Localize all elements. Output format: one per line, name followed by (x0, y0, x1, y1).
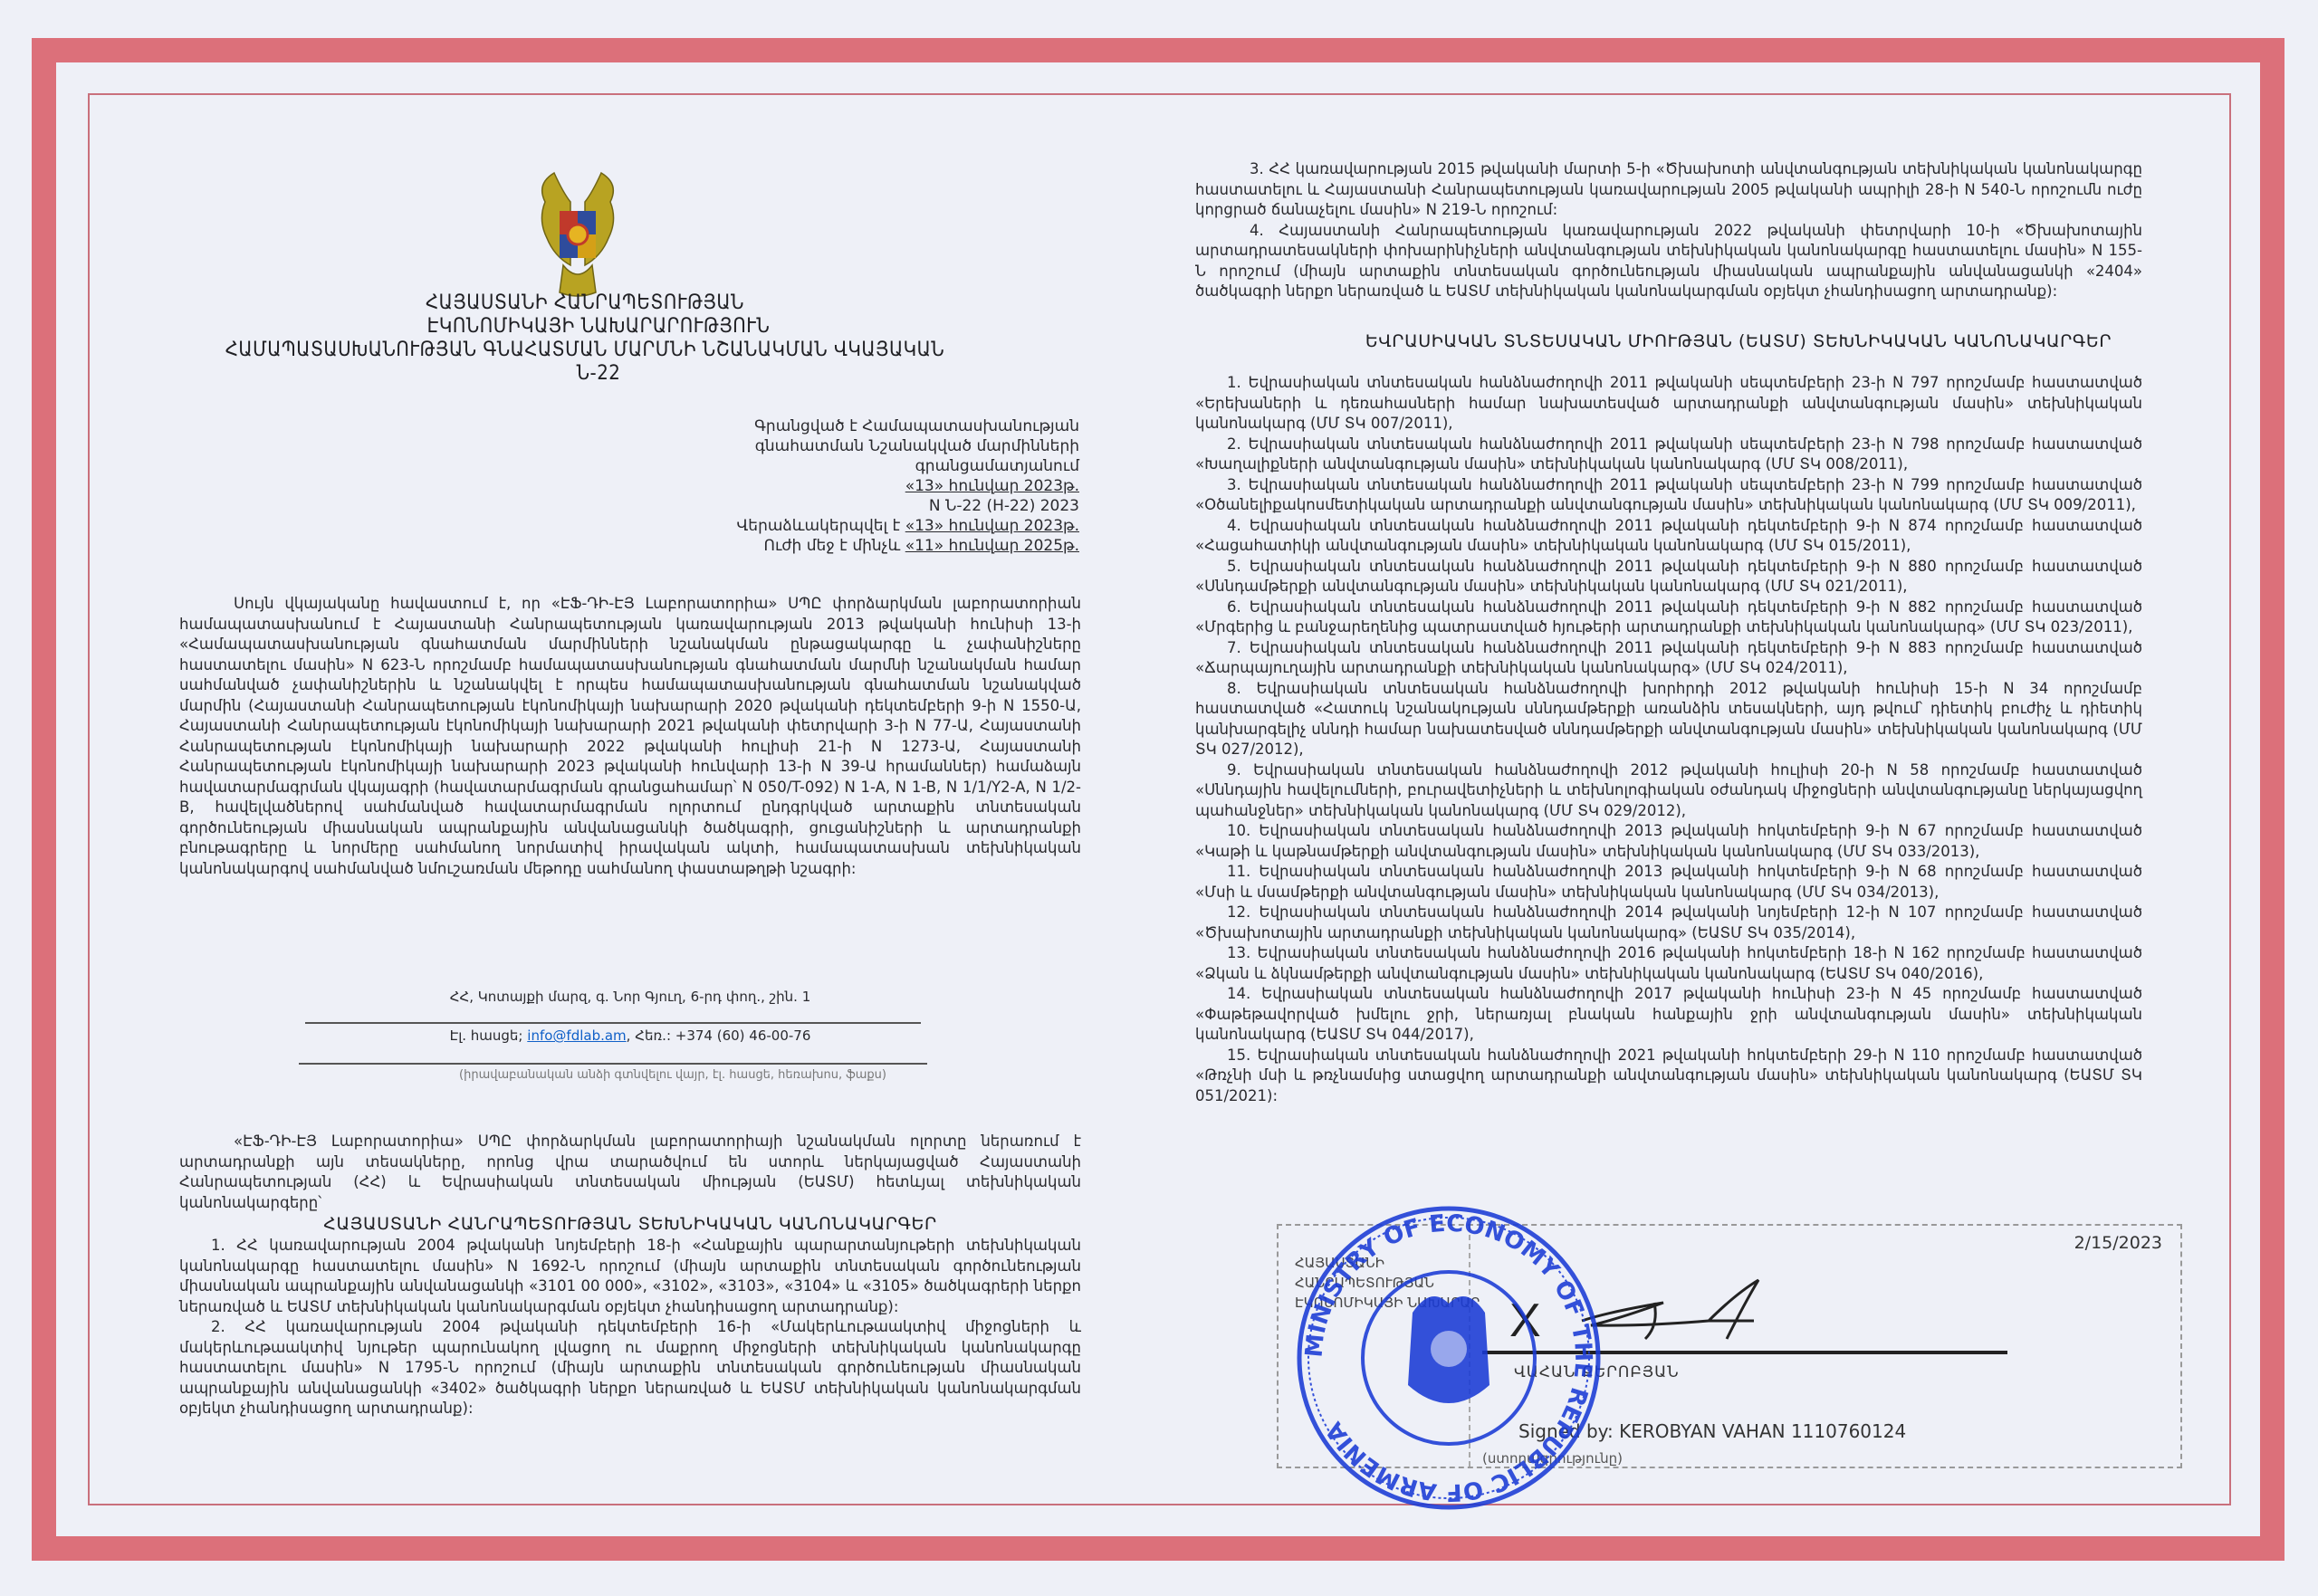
list-item: 1. ՀՀ կառավարության 2004 թվականի նոյեմբե… (179, 1236, 1081, 1317)
list-item: 9. Եվրասիական տնտեսական հանձնաժողովի 201… (1195, 760, 2142, 822)
list-item: 8. Եվրասիական տնտեսական հանձնաժողովի խոր… (1195, 679, 2142, 760)
lab-address: ՀՀ, Կոտայքի մարզ, գ. Նոր Գյուղ, 6-րդ փող… (179, 989, 1081, 1005)
registration-line: գրանցամատյանում (634, 456, 1079, 476)
list-item: 3. ՀՀ կառավարության 2015 թվականի մարտի 5… (1195, 159, 2142, 221)
header-certificate-number: Ն-22 (179, 362, 991, 386)
list-item: 11. Եվրասիական տնտեսական հանձնաժողովի 20… (1195, 862, 2142, 903)
list-item: 14. Եվրասիական տնտեսական հանձնաժողովի 20… (1195, 984, 2142, 1046)
reissued-label: Վերաձևակերպվել է (737, 517, 901, 535)
contact-caption: (իրավաբանական անձի գտնվելու վայր, էլ. հա… (179, 1068, 1085, 1082)
certificate-header: ՀԱՅԱՍՏԱՆԻ ՀԱՆՐԱՊԵՏՈՒԹՅԱՆ ԷԿՈՆՈՄԻԿԱՅԻ ՆԱԽ… (179, 291, 991, 386)
registration-line: Գրանցված է Համապատասխանության (634, 416, 1079, 436)
ministry-seal-stamp-icon: MINISTRY OF ECONOMY OF THE REPUBLIC OF A… (1277, 1204, 1621, 1512)
header-country: ՀԱՅԱՍՏԱՆԻ ՀԱՆՐԱՊԵՏՈՒԹՅԱՆ (179, 291, 991, 315)
list-item: 4. Եվրասիական տնտեսական հանձնաժողովի 201… (1195, 516, 2142, 557)
list-item: 1. Եվրասիական տնտեսական հանձնաժողովի 201… (1195, 373, 2142, 435)
registration-date: «13» հունվար 2023թ. (905, 477, 1079, 495)
armenia-regulations-list-a: 1. ՀՀ կառավարության 2004 թվականի նոյեմբե… (179, 1236, 1081, 1419)
reissued-date: «13» հունվար 2023թ. (905, 517, 1079, 535)
certificate-statement: Սույն վկայականը հավաստում է, որ «ԷՖ-ԴԻ-Է… (179, 594, 1081, 879)
eaeu-regulations-list: 1. Եվրասիական տնտեսական հանձնաժողովի 201… (1195, 373, 2142, 1106)
list-item: 4. Հայաստանի Հանրապետության կառավարությա… (1195, 221, 2142, 302)
armenia-coat-of-arms-icon (527, 166, 628, 300)
header-ministry: ԷԿՈՆՈՄԻԿԱՅԻ ՆԱԽԱՐԱՐՈՒԹՅՈՒՆ (179, 315, 991, 339)
list-item: 6. Եվրասիական տնտեսական հանձնաժողովի 201… (1195, 597, 2142, 638)
list-item: 3. Եվրասիական տնտեսական հանձնաժողովի 201… (1195, 475, 2142, 516)
registration-line: գնահատման Նշանակված մարմինների (634, 436, 1079, 456)
divider (305, 1022, 921, 1024)
registration-number: N Ն-22 (H-22) 2023 (634, 496, 1079, 516)
list-item: 13. Եվրասիական տնտեսական հանձնաժողովի 20… (1195, 943, 2142, 984)
scope-statement: «ԷՖ-ԴԻ-ԷՅ Լաբորատորիա» ՍՊԸ փորձարկման լա… (179, 1132, 1081, 1213)
list-item: 2. ՀՀ կառավարության 2004 թվականի դեկտեմբ… (179, 1317, 1081, 1419)
signature-date: 2/15/2023 (2074, 1233, 2162, 1253)
list-item: 7. Եվրասիական տնտեսական հանձնաժողովի 201… (1195, 638, 2142, 679)
armenia-regulations-title: ՀԱՅԱՍՏԱՆԻ ՀԱՆՐԱՊԵՏՈՒԹՅԱՆ ՏԵԽՆԻԿԱԿԱՆ ԿԱՆՈ… (179, 1214, 1081, 1234)
armenia-regulations-list-b: 3. ՀՀ կառավարության 2015 թվականի մարտի 5… (1195, 159, 2142, 302)
email-label: Էլ. հասցե; (450, 1027, 523, 1044)
lab-contact: Էլ. հասցե; info@fdlab.am, Հեռ.: +374 (60… (179, 1027, 1081, 1044)
list-item: 10. Եվրասիական տնտեսական հանձնաժողովի 20… (1195, 821, 2142, 862)
phone: , Հեռ.: +374 (60) 46-00-76 (627, 1027, 811, 1044)
divider (299, 1063, 927, 1065)
registration-block: Գրանցված է Համապատասխանության գնահատման … (634, 416, 1079, 556)
list-item: 15. Եվրասիական տնտեսական հանձնաժողովի 20… (1195, 1046, 2142, 1107)
list-item: 2. Եվրասիական տնտեսական հանձնաժողովի 201… (1195, 435, 2142, 475)
list-item: 12. Եվրասիական տնտեսական հանձնաժողովի 20… (1195, 903, 2142, 943)
list-item: 5. Եվրասիական տնտեսական հանձնաժողովի 201… (1195, 557, 2142, 597)
valid-until-label: Ուժի մեջ է մինչև (764, 537, 901, 555)
eaeu-regulations-title: ԵՎՐԱՍԻԱԿԱՆ ՏՆՏԵՍԱԿԱՆ ՄԻՈՒԹՅԱՆ (ԵԱՏՄ) ՏԵԽ… (1286, 331, 2191, 351)
header-certificate-title: ՀԱՄԱՊԱՏԱՍԽԱՆՈՒԹՅԱՆ ԳՆԱՀԱՏՄԱՆ ՄԱՐՄՆԻ ՆՇԱՆ… (179, 339, 991, 362)
valid-until-date: «11» հունվար 2025թ. (905, 537, 1079, 555)
email-link[interactable]: info@fdlab.am (527, 1027, 626, 1044)
